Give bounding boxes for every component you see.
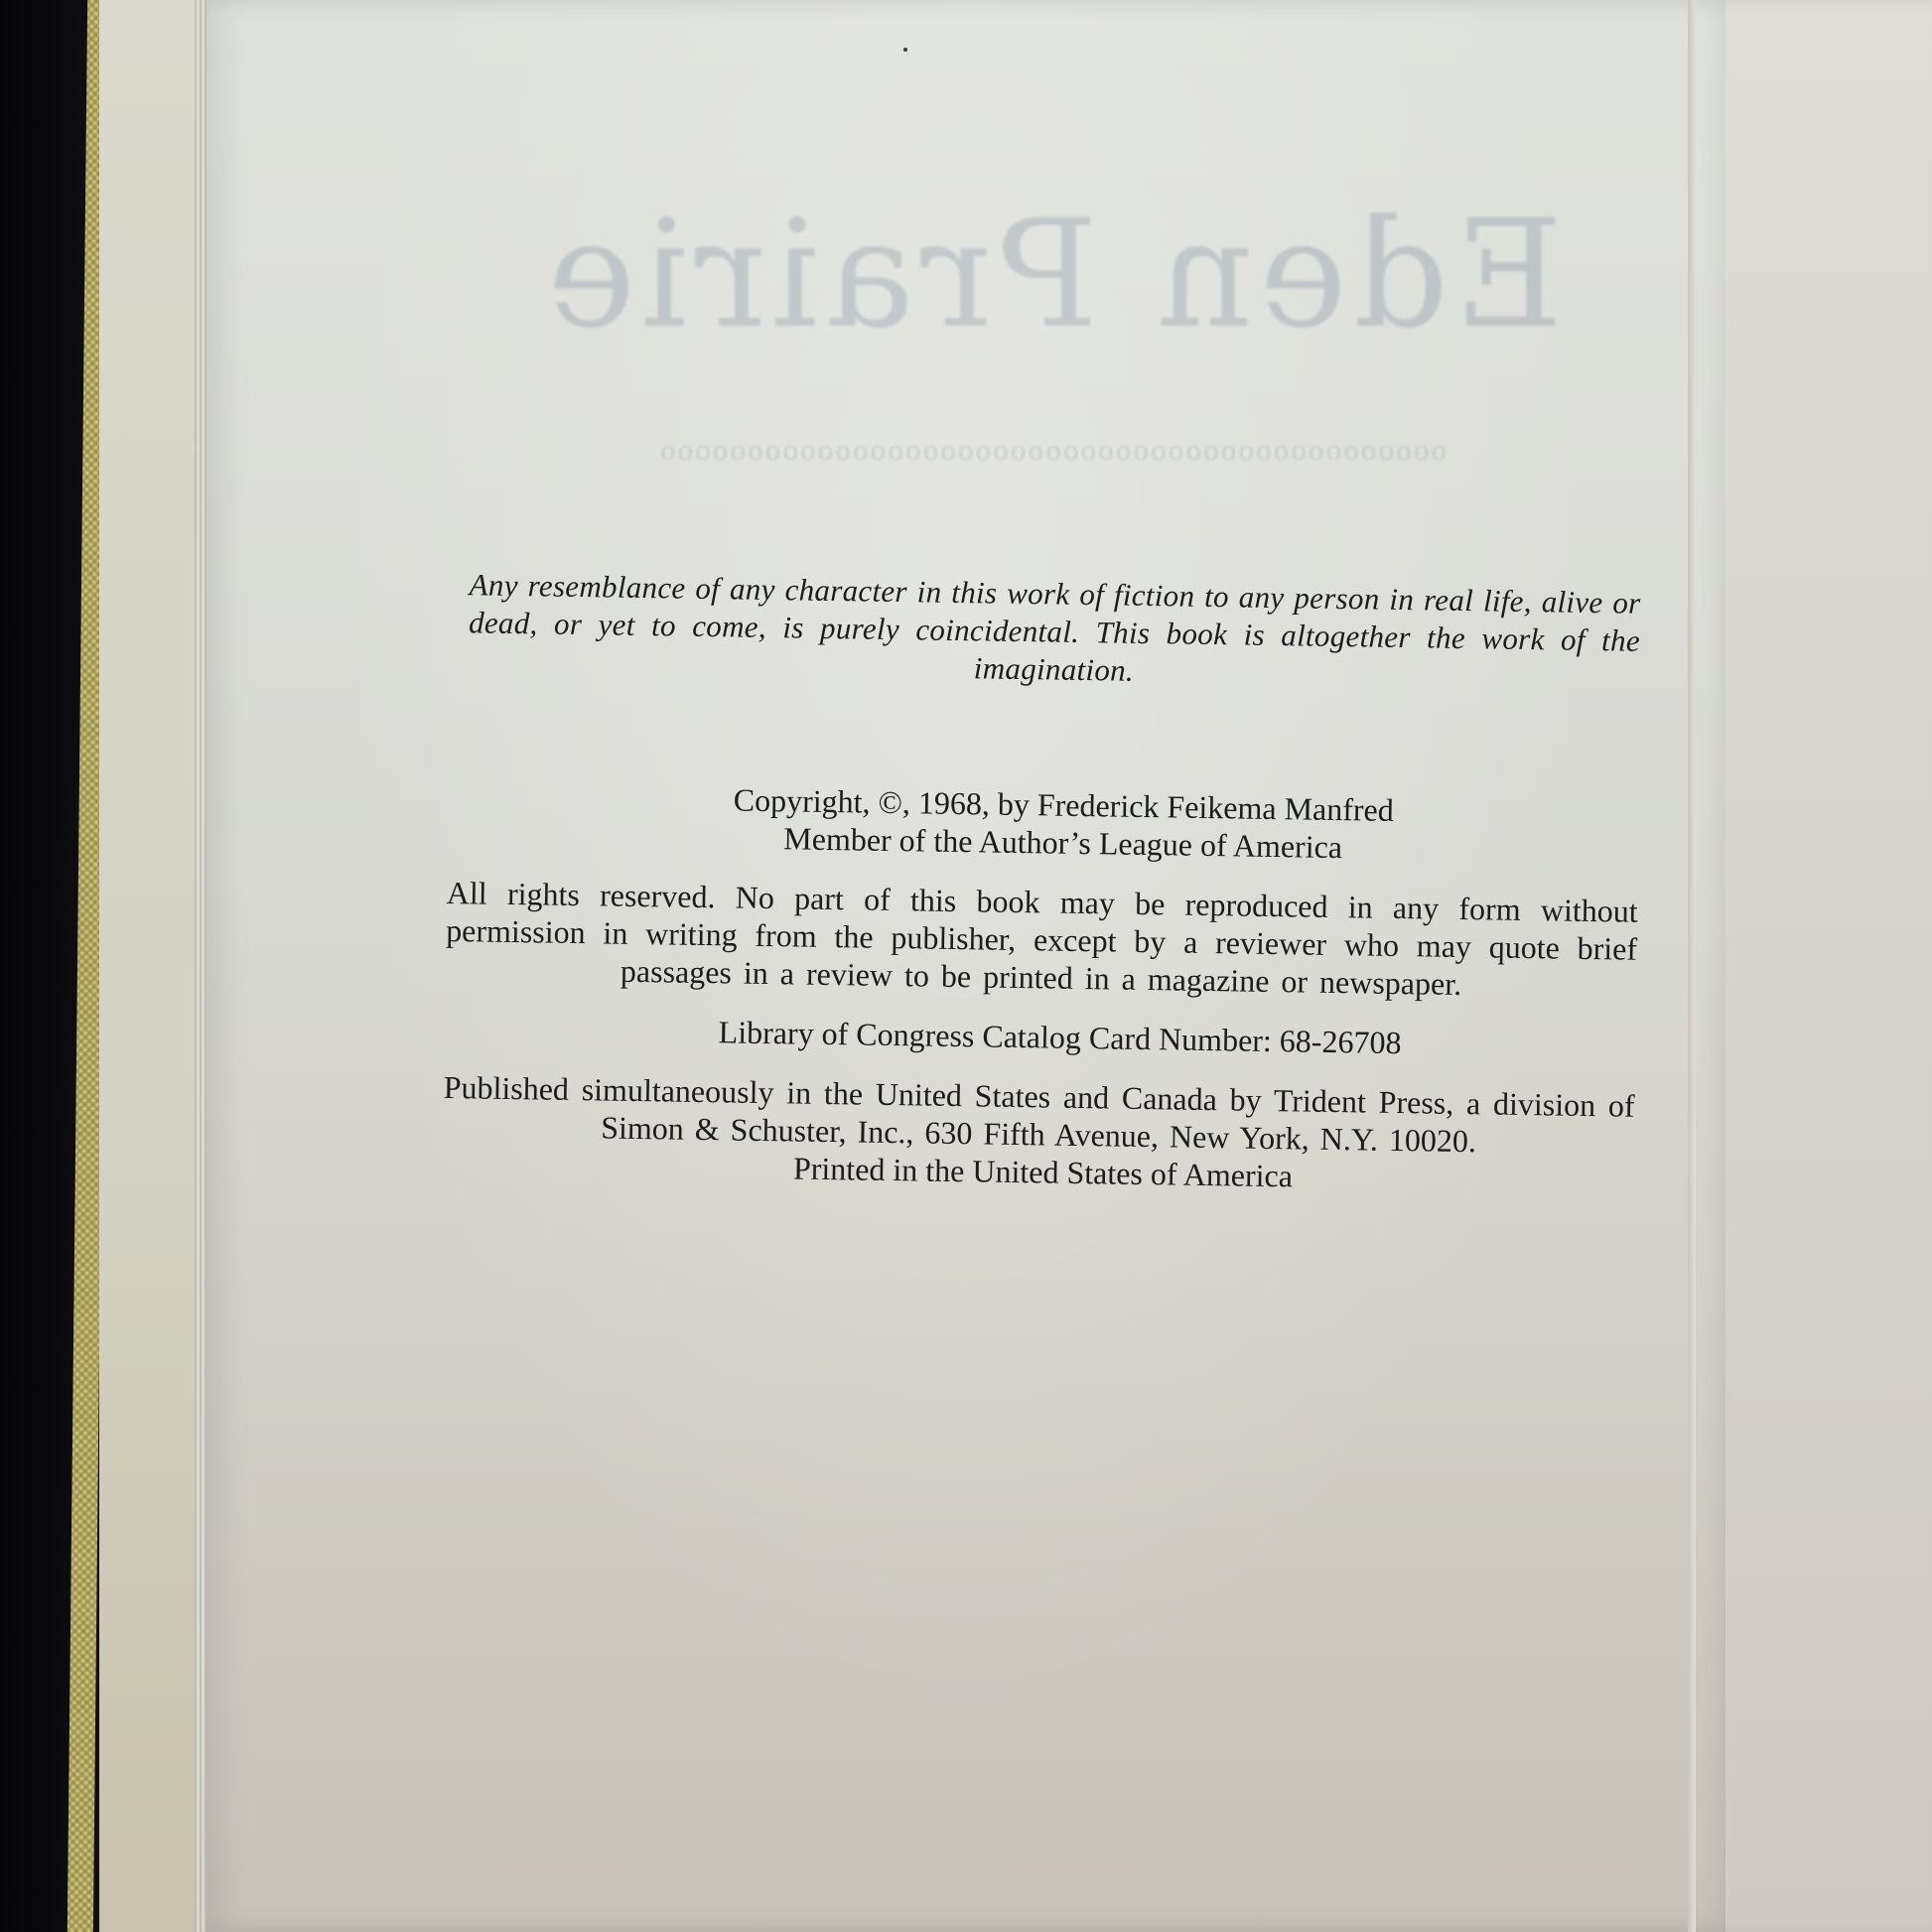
page-fold-edge [1688,0,1696,1932]
copyright-notice: Copyright, ©, 1968, by Frederick Feikema… [486,777,1639,871]
next-page-edge [1694,0,1932,1932]
book-photo: Eden Prairie ooooooooooooooooooooooooooo… [0,0,1932,1932]
copyright-text-block: Any resemblance of any character in this… [442,566,1643,1200]
paper-speck [903,48,907,52]
lccn-line: Library of Congress Catalog Card Number:… [483,1010,1635,1065]
endpaper [99,0,208,1932]
rights-reserved: All rights reserved. No part of this boo… [445,874,1638,1006]
fiction-disclaimer: Any resemblance of any character in this… [468,566,1641,698]
